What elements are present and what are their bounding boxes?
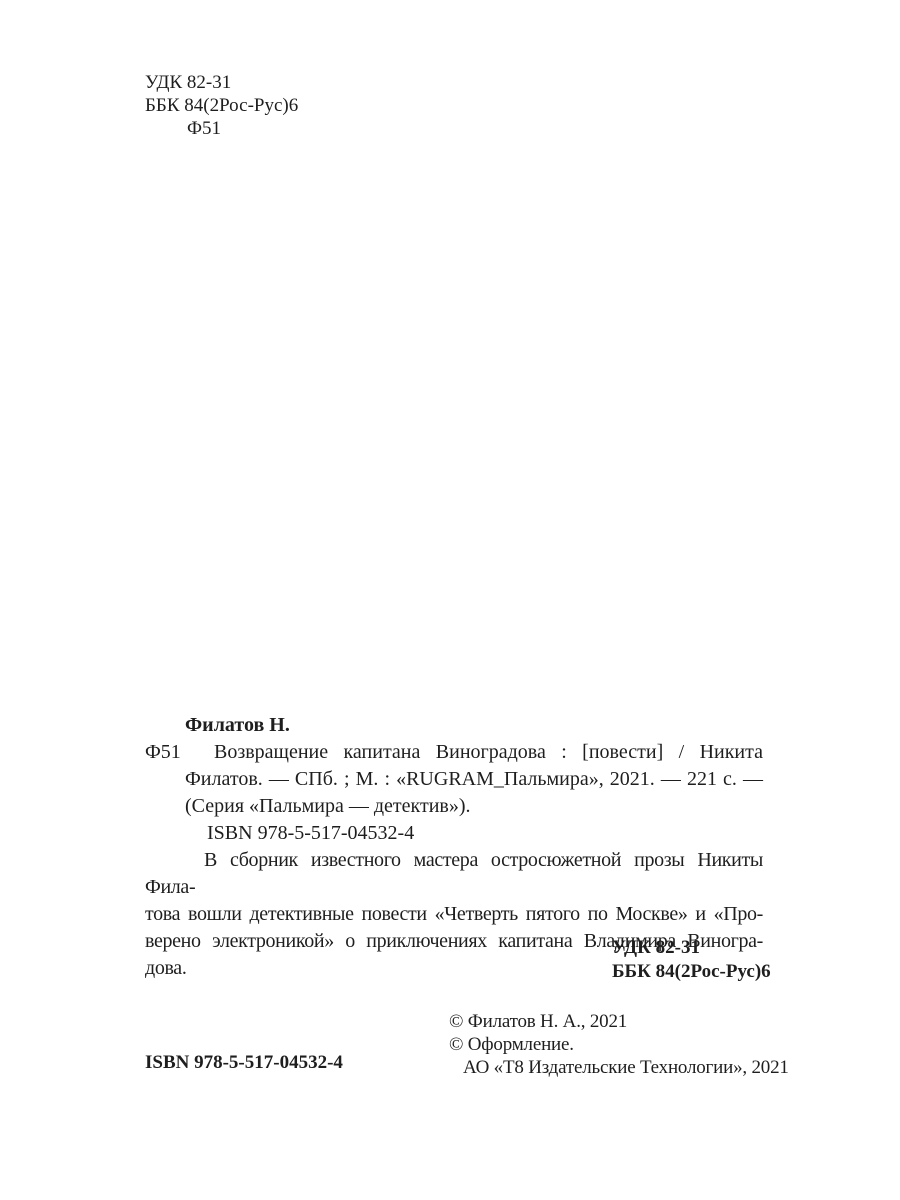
bibliographic-description: Возвращение капитана Виноградова : [пове… (185, 739, 763, 820)
bbk-number: ББК 84(2Рос-Рус)6 (145, 94, 298, 117)
copyright-author: © Филатов Н. А., 2021 (449, 1010, 789, 1033)
author-sign-code: Ф51 (145, 117, 298, 140)
annotation-line: В сборник известного мастера остросюжетн… (145, 847, 763, 901)
udk-number: УДК 82-31 (612, 936, 771, 960)
bbk-number: ББК 84(2Рос-Рус)6 (612, 960, 771, 984)
bibliographic-record: Ф51 Возвращение капитана Виноградова : [… (145, 739, 763, 820)
copyright-publisher: АО «Т8 Издательские Технологии», 2021 (463, 1056, 789, 1079)
author-sign-code: Ф51 (145, 739, 181, 766)
card-line: (Серия «Пальмира — детектив»). (185, 793, 763, 820)
isbn-line: ISBN 978-5-517-04532-4 (207, 820, 763, 847)
author-heading: Филатов Н. (185, 712, 763, 739)
right-classification-block: УДК 82-31 ББК 84(2Рос-Рус)6 (612, 936, 771, 984)
top-classification-block: УДК 82-31 ББК 84(2Рос-Рус)6 Ф51 (145, 71, 298, 140)
card-line: Филатов. — СПб. ; М. : «RUGRAM_Пальмира»… (185, 766, 763, 793)
annotation-line: това вошли детективные повести «Четверть… (145, 901, 763, 928)
card-line: Возвращение капитана Виноградова : [пове… (185, 739, 763, 766)
isbn-footer: ISBN 978-5-517-04532-4 (145, 1051, 343, 1074)
udk-number: УДК 82-31 (145, 71, 298, 94)
copyright-block: © Филатов Н. А., 2021 © Оформление. АО «… (449, 1010, 789, 1079)
copyright-design: © Оформление. (449, 1033, 789, 1056)
